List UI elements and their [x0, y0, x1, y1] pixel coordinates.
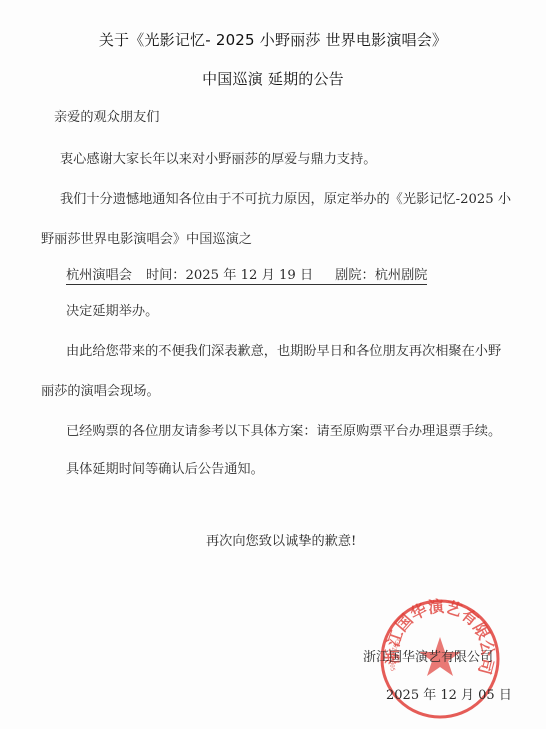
signature-company: 浙江国华演艺有限公司: [363, 646, 493, 665]
paragraph-thanks: 衷心感谢大家长年以来对小野丽莎的厚爱与鼎力支持。: [60, 148, 377, 167]
paragraph-postponed: 决定延期举办。: [66, 300, 158, 319]
event-name: 杭州演唱会: [66, 268, 132, 283]
event-details: 杭州演唱会时间：2025 年 12 月 19 日剧院：杭州剧院: [66, 264, 427, 285]
closing-line: 再次向您致以诚挚的歉意!: [206, 530, 356, 549]
event-time-value: 2025 年 12 月 19 日: [186, 268, 314, 283]
title-line-1: 关于《光影记忆- 2025 小野丽莎 世界电影演唱会》: [0, 29, 546, 50]
announcement-page: 关于《光影记忆- 2025 小野丽莎 世界电影演唱会》 中国巡演 延期的公告 亲…: [0, 0, 546, 729]
paragraph-followup: 具体延期时间等确认后公告通知。: [66, 458, 264, 477]
signature-date: 2025 年 12 月 05 日: [386, 684, 512, 703]
event-venue-label: 剧院：: [335, 268, 375, 283]
paragraph-notice-line-2: 野丽莎世界电影演唱会》中国巡演之: [41, 228, 252, 247]
paragraph-refund: 已经购票的各位朋友请参考以下具体方案：请至原购票平台办理退票手续。: [66, 420, 501, 439]
greeting: 亲爱的观众朋友们: [54, 106, 160, 125]
event-time-label: 时间：: [146, 268, 186, 283]
event-venue-value: 杭州剧院: [375, 268, 428, 283]
paragraph-notice-line-1: 我们十分遗憾地通知各位由于不可抗力原因，原定举办的《光影记忆-2025 小: [60, 188, 511, 207]
paragraph-apology-line-1: 由此给您带来的不便我们深表歉意，也期盼早日和各位朋友再次相聚在小野: [66, 340, 501, 359]
title-line-2: 中国巡演 延期的公告: [0, 68, 546, 89]
paragraph-apology-line-2: 丽莎的演唱会现场。: [41, 380, 160, 399]
